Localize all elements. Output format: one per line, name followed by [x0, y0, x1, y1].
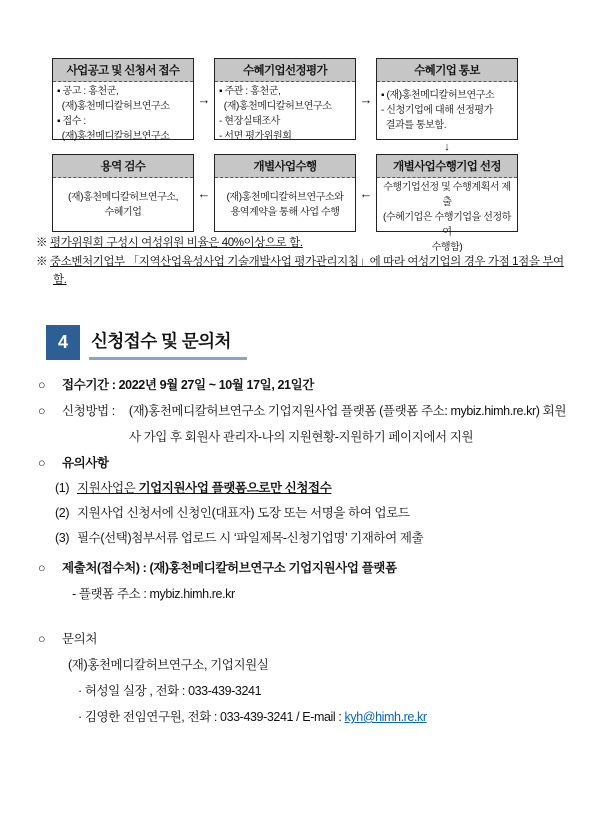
section-title: 신청접수 및 문의처 — [89, 325, 247, 360]
submission-block: ○ 제출처(접수처) : (재)홍천메디칼허브연구소 기업지원사업 플랫폼 - … — [38, 555, 566, 607]
item-number: (1) — [55, 476, 77, 501]
document-page: 사업공고 및 신청서 접수 ▪ 공고 : 홍천군, (재)홍천메디칼허브연구소 … — [0, 0, 596, 840]
contact-organization: (재)홍천메디칼허브연구소, 기업지원실 — [38, 652, 566, 678]
circle-bullet-icon: ○ — [38, 626, 62, 652]
flow-box-evaluation: 수혜기업선정평가 ▪ 주관 : 홍천군, (재)홍천메디칼허브연구소 - 현장실… — [214, 58, 356, 140]
contact-person-1: · 허성일 실장 , 전화 : 033-439-3241 — [38, 678, 566, 704]
arrow-left-icon: ← — [356, 154, 376, 232]
spacer — [52, 140, 376, 154]
circle-bullet-icon: ○ — [38, 555, 62, 581]
contact-title: 문의처 — [62, 626, 97, 652]
caution-item-text: 지원사업은 기업지원사업 플랫폼으로만 신청접수 — [77, 476, 331, 501]
caution-item-text: 필수(선택)첨부서류 업로드 시 ‘파일제목-신청기업명’ 기재하여 제출 — [77, 526, 423, 551]
flowchart-down-connector: ↓ — [52, 140, 518, 154]
flow-box-inspection: 용역 검수 (재)홍천메디칼허브연구소, 수혜기업 — [52, 154, 194, 232]
reception-period-line: ○ 접수기간 : 2022년 9월 27일 ~ 10월 17일, 21일간 — [38, 372, 566, 398]
contact-person-2: · 김영한 전임연구원, 전화 : 033-439-3241 / E-mail … — [38, 704, 566, 730]
flow-box-notification: 수혜기업 통보 ▪ (재)홍천메디칼허브연구소 - 신청기업에 대해 선정평가 … — [376, 58, 518, 140]
arrow-right-icon: → — [356, 58, 376, 140]
reference-mark: ※ — [36, 237, 47, 249]
flow-box-announcement: 사업공고 및 신청서 접수 ▪ 공고 : 홍천군, (재)홍천메디칼허브연구소 … — [52, 58, 194, 140]
note-text: 평가위원회 구성시 여성위원 비율은 40%이상으로 함. — [50, 237, 303, 249]
section-content: ○ 접수기간 : 2022년 9월 27일 ~ 10월 17일, 21일간 ○ … — [38, 372, 566, 730]
caution-items: (1) 지원사업은 기업지원사업 플랫폼으로만 신청접수 (2) 지원사업 신청… — [38, 476, 566, 551]
contact-title-line: ○ 문의처 — [38, 626, 566, 652]
flow-box-title: 개별사업수행 — [215, 155, 355, 178]
flowchart-row-2: 용역 검수 (재)홍천메디칼허브연구소, 수혜기업 ← 개별사업수행 (재)홍천… — [52, 154, 518, 232]
reception-period-text: 접수기간 : 2022년 9월 27일 ~ 10월 17일, 21일간 — [62, 372, 314, 398]
flow-box-title: 용역 검수 — [53, 155, 193, 178]
arrow-left-icon: ← — [194, 154, 214, 232]
method-label: 신청방법 : — [62, 398, 115, 424]
caution-title: 유의사항 — [62, 450, 109, 476]
flow-box-performer-selection: 개별사업수행기업 선정 수행기업선정 및 수행계획서 제출 (수혜기업은 수행기… — [376, 154, 518, 232]
flow-box-body: ▪ 주관 : 홍천군, (재)홍천메디칼허브연구소 - 현장실태조사 - 서면 … — [215, 82, 355, 146]
contact-person-2-text: · 김영한 전임연구원, 전화 : 033-439-3241 / E-mail … — [78, 710, 345, 724]
caution-item-text: 지원사업 신청서에 신청인(대표자) 도장 또는 서명을 하여 업로드 — [77, 501, 410, 526]
arrow-down-icon: ↓ — [376, 140, 518, 154]
item-number: (2) — [55, 501, 77, 526]
circle-bullet-icon: ○ — [38, 450, 62, 476]
item-number: (3) — [55, 526, 77, 551]
flow-box-body: (재)홍천메디칼허브연구소, 수혜기업 — [53, 178, 193, 231]
flow-box-title: 수혜기업선정평가 — [215, 59, 355, 82]
caution-item-bold: 기업지원사업 플랫폼으로만 신청접수 — [138, 481, 331, 495]
caution-title-line: ○ 유의사항 — [38, 450, 566, 476]
section-header: 4 신청접수 및 문의처 — [46, 325, 247, 360]
circle-bullet-icon: ○ — [38, 372, 62, 398]
caution-item-3: (3) 필수(선택)첨부서류 업로드 시 ‘파일제목-신청기업명’ 기재하여 제… — [55, 526, 566, 551]
flowchart-row-1: 사업공고 및 신청서 접수 ▪ 공고 : 홍천군, (재)홍천메디칼허브연구소 … — [52, 58, 518, 140]
contact-block: ○ 문의처 (재)홍천메디칼허브연구소, 기업지원실 · 허성일 실장 , 전화… — [38, 626, 566, 730]
flow-box-execution: 개별사업수행 (재)홍천메디칼허브연구소와 용역계약을 통해 사업 수행 — [214, 154, 356, 232]
flow-box-body: (재)홍천메디칼허브연구소와 용역계약을 통해 사업 수행 — [215, 178, 355, 231]
circle-bullet-icon: ○ — [38, 398, 62, 424]
note-line: ※ 평가위원회 구성시 여성위원 비율은 40%이상으로 함. — [36, 234, 564, 253]
reference-notes: ※ 평가위원회 구성시 여성위원 비율은 40%이상으로 함. ※ 중소벤처기업… — [36, 234, 564, 290]
flow-box-title: 사업공고 및 신청서 접수 — [53, 59, 193, 82]
submission-text: 제출처(접수처) : (재)홍천메디칼허브연구소 기업지원사업 플랫폼 — [62, 555, 397, 581]
process-flowchart: 사업공고 및 신청서 접수 ▪ 공고 : 홍천군, (재)홍천메디칼허브연구소 … — [52, 58, 518, 232]
caution-item-1: (1) 지원사업은 기업지원사업 플랫폼으로만 신청접수 — [55, 476, 566, 501]
application-method-line: ○ 신청방법 : (재)홍천메디칼허브연구소 기업지원사업 플랫폼 (플랫폼 주… — [38, 398, 566, 450]
note-line: ※ 중소벤처기업부 「지역산업육성사업 기술개발사업 평가관리지침」에 따라 여… — [36, 253, 564, 290]
section-number-badge: 4 — [46, 325, 80, 360]
flow-box-body: ▪ 공고 : 홍천군, (재)홍천메디칼허브연구소 ▪ 접수 : (재)홍천메디… — [53, 82, 193, 146]
submission-line: ○ 제출처(접수처) : (재)홍천메디칼허브연구소 기업지원사업 플랫폼 — [38, 555, 566, 581]
reference-mark: ※ — [36, 256, 47, 268]
flow-box-title: 개별사업수행기업 선정 — [377, 155, 517, 178]
caution-item-2: (2) 지원사업 신청서에 신청인(대표자) 도장 또는 서명을 하여 업로드 — [55, 501, 566, 526]
email-link[interactable]: kyh@himh.re.kr — [345, 710, 427, 724]
platform-address-line: - 플랫폼 주소 : mybiz.himh.re.kr — [38, 581, 566, 607]
arrow-right-icon: → — [194, 58, 214, 140]
flow-box-title: 수혜기업 통보 — [377, 59, 517, 82]
method-text: (재)홍천메디칼허브연구소 기업지원사업 플랫폼 (플랫폼 주소: mybiz.… — [129, 398, 566, 450]
flow-box-body: ▪ (재)홍천메디칼허브연구소 - 신청기업에 대해 선정평가 결과를 통보함. — [377, 82, 517, 139]
note-text: 중소벤처기업부 「지역산업육성사업 기술개발사업 평가관리지침」에 따라 여성기… — [50, 256, 564, 287]
caution-item-normal: 지원사업은 — [77, 481, 138, 495]
